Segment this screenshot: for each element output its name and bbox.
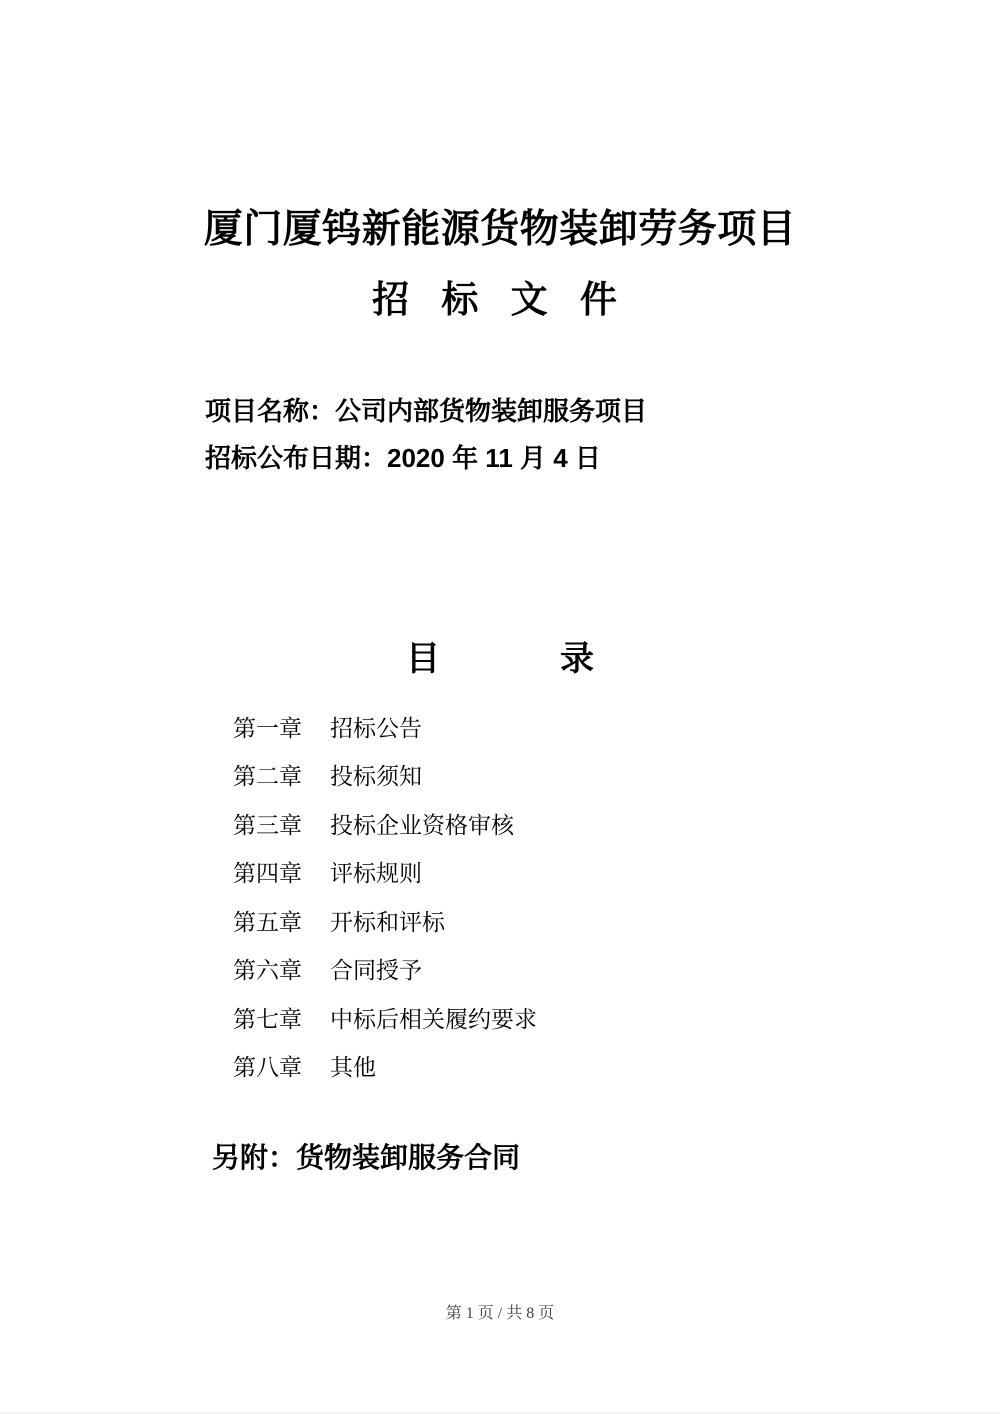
toc-title: 投标须知	[330, 758, 422, 791]
toc-chapter: 第四章	[233, 855, 302, 888]
document-title: 厦门厦钨新能源货物装卸劳务项目	[0, 198, 1000, 254]
toc-title: 评标规则	[330, 855, 422, 888]
toc-heading-left-char: 目	[406, 631, 440, 680]
attachment-title: 货物装卸服务合同	[296, 1142, 520, 1173]
project-name-value: 公司内部货物装卸服务项目	[335, 396, 647, 426]
toc-item: 第三章 投标企业资格审核	[233, 799, 537, 848]
toc-title: 其他	[330, 1049, 376, 1082]
project-name-line: 项目名称：公司内部货物装卸服务项目	[205, 388, 647, 435]
toc-chapter: 第六章	[233, 952, 302, 985]
toc-heading: 目 录	[0, 631, 1000, 680]
attachment-line: 另附：货物装卸服务合同	[212, 1136, 520, 1176]
toc-item: 第七章 中标后相关履约要求	[233, 993, 537, 1042]
toc-chapter: 第二章	[233, 758, 302, 791]
project-meta-block: 项目名称：公司内部货物装卸服务项目 招标公布日期：2020 年 11 月 4 日	[205, 388, 647, 482]
document-page: 厦门厦钨新能源货物装卸劳务项目 招 标 文 件 项目名称：公司内部货物装卸服务项…	[0, 0, 1000, 1412]
toc-item: 第六章 合同授予	[233, 945, 537, 994]
toc-title: 投标企业资格审核	[330, 807, 514, 840]
page-number-footer: 第 1 页 / 共 8 页	[0, 1300, 1000, 1323]
toc-chapter: 第八章	[233, 1049, 302, 1082]
attachment-label: 另附：	[212, 1142, 296, 1173]
toc-item: 第四章 评标规则	[233, 848, 537, 897]
announce-date-value: 2020 年 11 月 4 日	[387, 443, 601, 473]
toc-chapter: 第一章	[233, 710, 302, 743]
toc-title: 中标后相关履约要求	[330, 1001, 537, 1034]
toc-chapter: 第七章	[233, 1001, 302, 1034]
announce-date-label: 招标公布日期：	[205, 443, 387, 473]
toc-list: 第一章 招标公告 第二章 投标须知 第三章 投标企业资格审核 第四章 评标规则 …	[233, 702, 537, 1090]
toc-title: 开标和评标	[330, 904, 445, 937]
toc-item: 第五章 开标和评标	[233, 896, 537, 945]
toc-heading-right-char: 录	[560, 631, 594, 680]
toc-item: 第二章 投标须知	[233, 751, 537, 800]
project-name-label: 项目名称：	[205, 396, 335, 426]
toc-item: 第一章 招标公告	[233, 702, 537, 751]
toc-item: 第八章 其他	[233, 1042, 537, 1091]
toc-title: 招标公告	[330, 710, 422, 743]
toc-chapter: 第五章	[233, 904, 302, 937]
document-subtitle: 招 标 文 件	[0, 269, 1000, 323]
announce-date-line: 招标公布日期：2020 年 11 月 4 日	[205, 435, 647, 482]
toc-title: 合同授予	[330, 952, 422, 985]
toc-chapter: 第三章	[233, 807, 302, 840]
